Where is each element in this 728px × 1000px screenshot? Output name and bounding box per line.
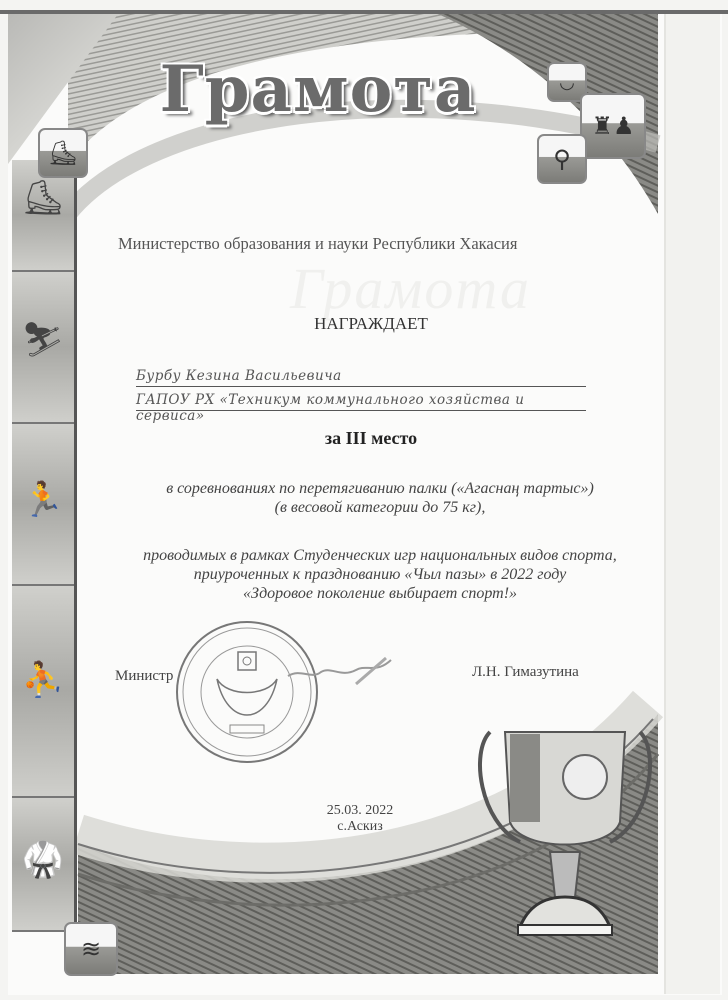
issue-date-location: 25.03. 2022 с.Аскиз xyxy=(250,803,470,835)
competition-description: в соревнованиях по перетягиванию палки (… xyxy=(90,479,670,517)
left-photo-panel: ⛸ ⛷ 🏃 ⛹ 🥋 xyxy=(12,160,77,930)
signatory-name: Л.Н. Гимазутина xyxy=(472,664,579,681)
recipient-name-line: Бурбу Кезина Васильевича xyxy=(136,368,586,387)
issue-location: с.Аскиз xyxy=(250,819,470,835)
issuer-name: Министерство образования и науки Республ… xyxy=(118,234,578,254)
signatory-title: Министр xyxy=(115,668,173,685)
official-seal xyxy=(172,617,322,767)
figure-skater-figure: ⛹ xyxy=(12,660,74,700)
minister-signature xyxy=(286,656,396,686)
trophy-cup-image xyxy=(470,712,660,967)
skating-icon: ⛸ xyxy=(38,128,88,178)
award-verb: НАГРАЖДАЕТ xyxy=(0,314,728,334)
title-watermark: Грамота xyxy=(290,255,531,322)
recipient-institution-line: ГАПОУ РХ «Техникум коммунального хозяйст… xyxy=(136,392,586,411)
award-place: за III место xyxy=(0,428,728,449)
tennis-icon: ⚲ xyxy=(537,134,587,184)
swimming-icon: ≋ xyxy=(64,922,118,976)
event-line-1: проводимых в рамках Студенческих игр нац… xyxy=(70,546,690,565)
competition-line-1: в соревнованиях по перетягиванию палки (… xyxy=(90,479,670,498)
event-line-3: «Здоровое поколение выбирает спорт!» xyxy=(70,584,690,603)
event-description: проводимых в рамках Студенческих игр нац… xyxy=(70,546,690,603)
runners-figure: 🏃 xyxy=(12,480,74,520)
competition-line-2: (в весовой категории до 75 кг), xyxy=(90,498,670,517)
chess-icon: ♜♟ xyxy=(580,93,646,159)
issue-date: 25.03. 2022 xyxy=(250,803,470,819)
hockey-player-figure: ⛸ xyxy=(12,178,74,218)
event-line-2: приуроченных к празднованию «Чыл пазы» в… xyxy=(70,565,690,584)
karate-figure: 🥋 xyxy=(12,840,74,880)
recipient-name: Бурбу Кезина Васильевича xyxy=(136,368,342,384)
certificate-title: Грамота xyxy=(128,52,508,127)
